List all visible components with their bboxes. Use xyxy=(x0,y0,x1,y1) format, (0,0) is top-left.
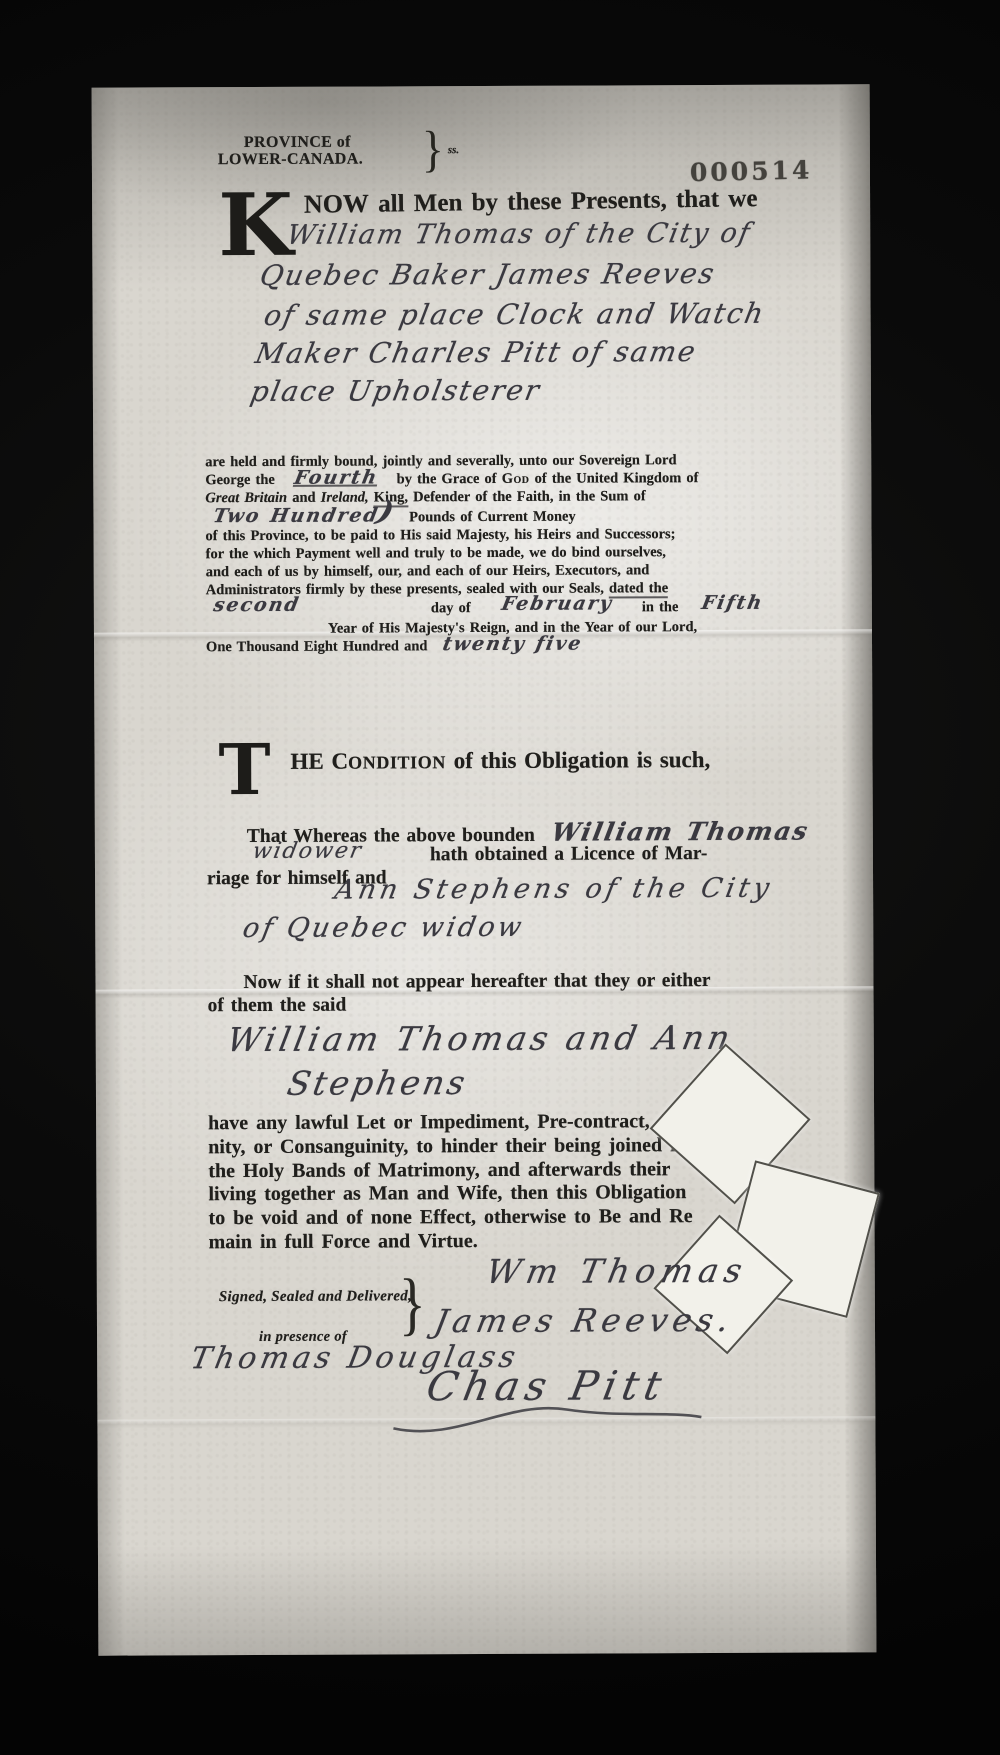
closing-line: to be void and of none Effect, otherwise… xyxy=(208,1205,697,1231)
condition-heading: HE CONDITION of this Obligation is such, xyxy=(290,747,710,775)
bond-line: for the which Payment well and truly to … xyxy=(206,543,718,563)
opening-rest: all Men by these Presents, that we xyxy=(369,185,758,218)
handwritten-party-line: Quebec Baker James Reeves xyxy=(257,257,718,292)
handwritten-bride-name: Ann Stephens of the City xyxy=(332,873,776,906)
header-ss-abbrev: ss. xyxy=(448,144,459,156)
document-page: PROVINCE of LOWER-CANADA. } ss. 000514 K… xyxy=(92,84,877,1655)
dropcap-t: T xyxy=(218,741,270,799)
handwritten-party-line: William Thomas of the City of xyxy=(284,218,754,251)
god-smallcaps: God xyxy=(502,471,530,487)
handwritten-year: twenty five xyxy=(441,636,583,651)
bond-text: day of xyxy=(431,599,471,617)
execution-brace-glyph: } xyxy=(399,1264,426,1344)
handwritten-couple-names: William Thomas and Ann xyxy=(224,1018,737,1059)
opening-know-word: NOW xyxy=(304,189,369,219)
closing-line: the Holy Bands of Matrimony, and afterwa… xyxy=(208,1158,697,1184)
bond-date-line: second day of February in the Fifth xyxy=(206,598,718,620)
closing-line: nity, or Consanguinity, to hinder their … xyxy=(208,1134,697,1160)
now-line1: Now if it shall not appear hereafter tha… xyxy=(243,970,710,994)
handwritten-party-line: Maker Charles Pitt of same xyxy=(253,335,700,370)
bond-line: One Thousand Eight Hundred and twenty fi… xyxy=(206,636,718,656)
bond-text: One Thousand Eight Hundred and xyxy=(206,638,428,655)
bond-line: are held and firmly bound, jointly and s… xyxy=(205,451,717,471)
dropcap-k: K xyxy=(218,191,293,261)
province-header-line1: PROVINCE of xyxy=(244,134,351,152)
bond-line: and each of us by himself, our, and each… xyxy=(206,561,718,581)
bond-paragraph: are held and firmly bound, jointly and s… xyxy=(205,451,718,656)
bond-text: by the Grace of xyxy=(397,471,502,487)
handwritten-widower: widower xyxy=(251,839,365,864)
handwritten-day: second xyxy=(213,597,302,611)
now-line2: of them the said xyxy=(208,995,347,1018)
opening-line: NOW all Men by these Presents, that we xyxy=(304,183,758,220)
condition-head-rest: of this Obligation is such, xyxy=(446,747,710,773)
bond-line: of this Province, to be paid to His said… xyxy=(206,525,718,545)
condition-head-smallcaps: ONDITION xyxy=(348,752,446,772)
bond-underlined-dated: dated the xyxy=(609,581,668,599)
bond-text: Pounds of Current Money xyxy=(409,508,576,525)
handwritten-regnal-year: Fifth xyxy=(701,595,765,609)
bond-text: of the United Kingdom of xyxy=(529,470,698,487)
closing-paragraph: have any lawful Let or Impediment, Pre-c… xyxy=(208,1110,697,1255)
closing-line: have any lawful Let or Impediment, Pre-c… xyxy=(208,1110,697,1136)
bond-text: in the xyxy=(642,598,679,616)
handwritten-month: February xyxy=(501,596,615,610)
handwritten-sum: Two Hundred xyxy=(212,508,380,523)
licence-line: hath obtained a Licence of Mar- xyxy=(430,843,707,866)
province-header-line2: LOWER-CANADA. xyxy=(218,151,363,170)
signature-james-reeves: James Reeves. xyxy=(431,1301,737,1340)
bond-text: Defender of the Faith, in the Sum of xyxy=(408,489,646,506)
bond-text: George the xyxy=(205,472,275,488)
handwritten-bride-place: of Quebec widow xyxy=(240,912,527,944)
handwritten-couple-surname: Stephens xyxy=(284,1063,471,1103)
handwritten-flourish-paren: ) xyxy=(377,506,396,518)
fold-crease xyxy=(97,1416,875,1428)
handwritten-party-line: place Upholsterer xyxy=(248,374,544,408)
signature-chas-pitt: Chas Pitt xyxy=(423,1363,671,1410)
bond-line-sum: Two Hundred)Pounds of Current Money xyxy=(205,506,717,527)
header-brace-glyph: } xyxy=(422,120,444,178)
signed-sealed-label: Signed, Sealed and Delivered, xyxy=(219,1288,412,1306)
scan-background: PROVINCE of LOWER-CANADA. } ss. 000514 K… xyxy=(0,0,1000,1755)
handwritten-party-line: of same place Clock and Watch xyxy=(261,297,768,332)
handwritten-regnal-name: Fourth xyxy=(292,471,379,487)
closing-line: living together as Man and Wife, then th… xyxy=(208,1181,697,1207)
signature-wm-thomas: Wm Thomas xyxy=(483,1251,751,1291)
bond-line: George the Fourth by the Grace of God of… xyxy=(205,469,717,489)
condition-head-caps: HE C xyxy=(290,749,348,774)
